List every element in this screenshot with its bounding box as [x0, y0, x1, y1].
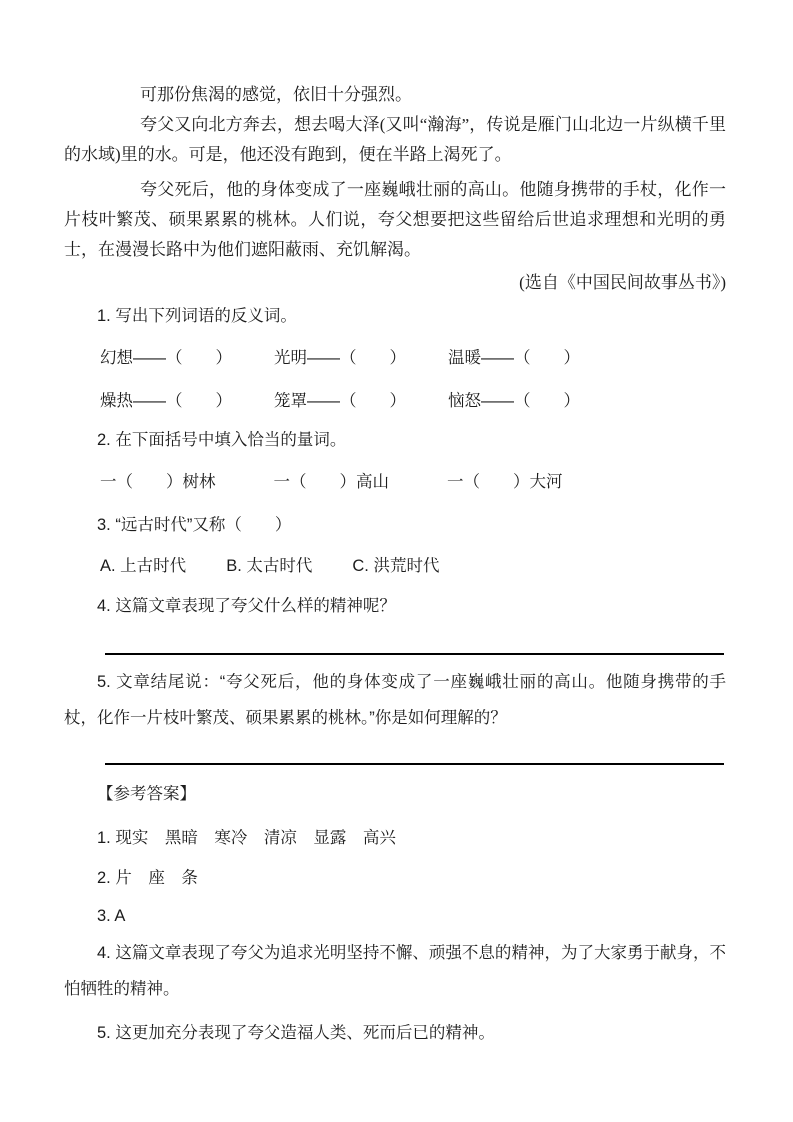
antonym-blank-guangming[interactable]: 光明——（ ）	[274, 340, 406, 376]
story-paragraph-3: 夸父死后，他的身体变成了一座巍峨壮丽的高山。他随身携带的手杖，化作一片枝叶繁茂、…	[64, 175, 726, 265]
story-source-attribution: (选自《中国民间故事丛书》)	[64, 268, 726, 298]
antonym-blank-longzhao[interactable]: 笼罩——（ ）	[274, 383, 406, 419]
quantifier-blank-dahe[interactable]: 一（ ）大河	[447, 464, 563, 500]
story-paragraph-2: 夸父又向北方奔去，想去喝大泽(又叫“瀚海”，传说是雁门山北边一片纵横千里的水域)…	[64, 110, 726, 170]
answer-item-2: 2. 片 座 条	[64, 860, 726, 896]
question-3-options: A. 上古时代 B. 太古时代 C. 洪荒时代	[64, 548, 726, 584]
question-2-label: 2. 在下面括号中填入恰当的量词。	[64, 422, 726, 458]
quantifier-blank-gaoshan[interactable]: 一（ ）高山	[274, 464, 390, 500]
antonym-row-2: 燥热——（ ） 笼罩——（ ） 恼怒——（ ）	[64, 383, 726, 419]
question-1-label: 1. 写出下列词语的反义词。	[64, 298, 726, 334]
antonym-blank-naonu[interactable]: 恼怒——（ ）	[448, 383, 580, 419]
question-4-label: 4. 这篇文章表现了夸父什么样的精神呢？	[64, 588, 726, 624]
antonym-blank-wennuan[interactable]: 温暖——（ ）	[448, 340, 580, 376]
antonym-blank-zaore[interactable]: 燥热——（ ）	[100, 383, 232, 419]
option-c[interactable]: C. 洪荒时代	[352, 548, 439, 584]
option-a[interactable]: A. 上古时代	[100, 548, 186, 584]
answer-key-header: 【参考答案】	[64, 776, 726, 812]
answer-item-1: 1. 现实 黑暗 寒冷 清凉 显露 高兴	[64, 820, 726, 856]
question-3-label: 3. “远古时代”又称（ ）	[64, 507, 726, 543]
option-b[interactable]: B. 太古时代	[226, 548, 312, 584]
answer-line-q4[interactable]	[105, 653, 724, 655]
answer-item-4: 4. 这篇文章表现了夸父为追求光明坚持不懈、顽强不息的精神，为了大家勇于献身，不…	[64, 935, 726, 1007]
answer-line-q5[interactable]	[105, 763, 724, 765]
document-page: 可那份焦渴的感觉，依旧十分强烈。 夸父又向北方奔去，想去喝大泽(又叫“瀚海”，传…	[0, 0, 793, 1122]
quantifier-blank-shulin[interactable]: 一（ ）树林	[100, 464, 216, 500]
question-5-label: 5. 文章结尾说：“夸父死后，他的身体变成了一座巍峨壮丽的高山。他随身携带的手杖…	[64, 664, 726, 736]
antonym-blank-huanxiang[interactable]: 幻想——（ ）	[100, 340, 232, 376]
quantifier-row: 一（ ）树林 一（ ）高山 一（ ）大河	[64, 464, 726, 500]
story-paragraph-1: 可那份焦渴的感觉，依旧十分强烈。	[64, 80, 726, 110]
story-section: 可那份焦渴的感觉，依旧十分强烈。 夸父又向北方奔去，想去喝大泽(又叫“瀚海”，传…	[64, 80, 726, 298]
antonym-row-1: 幻想——（ ） 光明——（ ） 温暖——（ ）	[64, 340, 726, 376]
questions-section: 1. 写出下列词语的反义词。 幻想——（ ） 光明——（ ） 温暖——（ ） 燥…	[64, 298, 726, 765]
answer-item-5: 5. 这更加充分表现了夸父造福人类、死而后已的精神。	[64, 1015, 726, 1051]
answer-key-section: 【参考答案】 1. 现实 黑暗 寒冷 清凉 显露 高兴 2. 片 座 条 3. …	[64, 776, 726, 1051]
answer-item-3: 3. A	[64, 898, 726, 934]
